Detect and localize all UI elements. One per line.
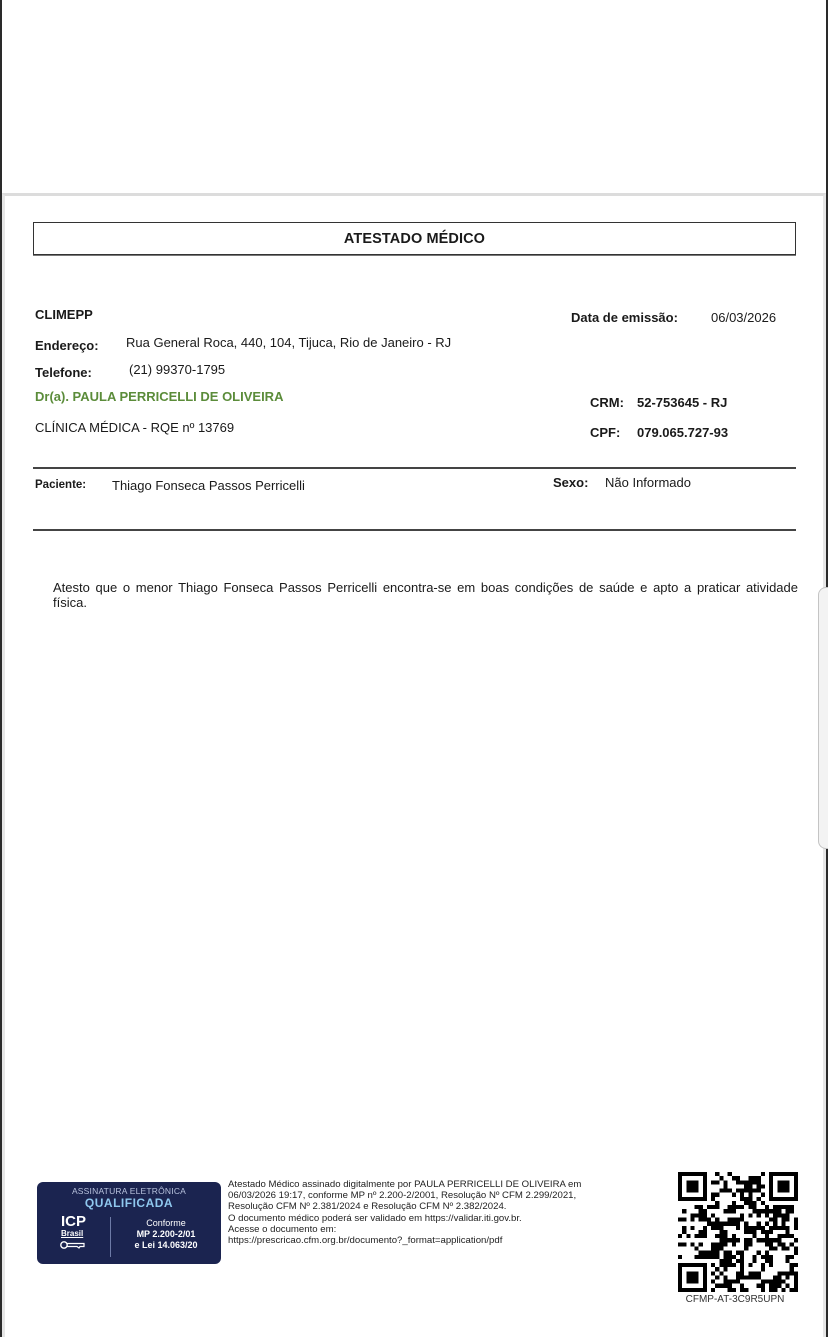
phone-value: (21) 99370-1795	[129, 362, 225, 377]
cpf-label: CPF:	[590, 425, 620, 440]
badge-line2: QUALIFICADA	[37, 1196, 221, 1210]
badge-conf1: Conforme	[115, 1218, 217, 1229]
issue-date-label: Data de emissão:	[571, 310, 678, 325]
signature-line: Acesse o documento em:	[228, 1224, 648, 1235]
signature-line: 06/03/2026 19:17, conforme MP nº 2.200-2…	[228, 1190, 648, 1201]
cpf-value: 079.065.727-93	[637, 425, 728, 440]
sex-label: Sexo:	[553, 475, 588, 490]
badge-divider	[110, 1217, 111, 1257]
doctor-specialty: CLÍNICA MÉDICA - RQE nº 13769	[35, 420, 234, 435]
document-link[interactable]: https://prescricao.cfm.org.br/documento?…	[228, 1235, 648, 1246]
divider-top	[33, 467, 796, 469]
certificate-text: Atesto que o menor Thiago Fonseca Passos…	[53, 580, 798, 610]
clinic-name: CLIMEPP	[35, 307, 93, 322]
crm-label: CRM:	[590, 395, 624, 410]
badge-line1: ASSINATURA ELETRÔNICA	[37, 1186, 221, 1196]
issue-date-value: 06/03/2026	[711, 310, 776, 325]
crm-value: 52-753645 - RJ	[637, 395, 727, 410]
signature-line: Atestado Médico assinado digitalmente po…	[228, 1179, 648, 1190]
icp-logo-text: ICP	[61, 1215, 86, 1229]
divider-bottom	[33, 529, 796, 531]
patient-name: Thiago Fonseca Passos Perricelli	[112, 478, 305, 493]
signature-line: Resolução CFM Nº 2.381/2024 e Resolução …	[228, 1201, 648, 1212]
document-page	[2, 193, 826, 1337]
key-icon	[60, 1239, 86, 1251]
qr-code-id: CFMP-AT-3C9R5UPN	[660, 1294, 810, 1305]
qr-code-icon	[678, 1172, 798, 1292]
icp-brasil-text: Brasil	[61, 1229, 83, 1238]
address-label: Endereço:	[35, 338, 99, 353]
document-title-box: ATESTADO MÉDICO	[33, 222, 796, 255]
patient-label: Paciente:	[35, 479, 86, 491]
digital-signature-text: Atestado Médico assinado digitalmente po…	[228, 1179, 648, 1246]
sex-value: Não Informado	[605, 475, 691, 490]
badge-conf3: e Lei 14.063/20	[115, 1240, 217, 1251]
phone-label: Telefone:	[35, 365, 92, 380]
scrollbar-handle[interactable]	[818, 587, 828, 849]
doctor-name: Dr(a). PAULA PERRICELLI DE OLIVEIRA	[35, 389, 283, 404]
qualified-signature-badge: ASSINATURA ELETRÔNICA QUALIFICADA ICP Br…	[37, 1182, 221, 1264]
badge-conf2: MP 2.200-2/01	[115, 1229, 217, 1240]
address-value: Rua General Roca, 440, 104, Tijuca, Rio …	[126, 335, 451, 350]
document-title: ATESTADO MÉDICO	[344, 231, 485, 247]
validation-link[interactable]: O documento médico poderá ser validado e…	[228, 1213, 648, 1224]
